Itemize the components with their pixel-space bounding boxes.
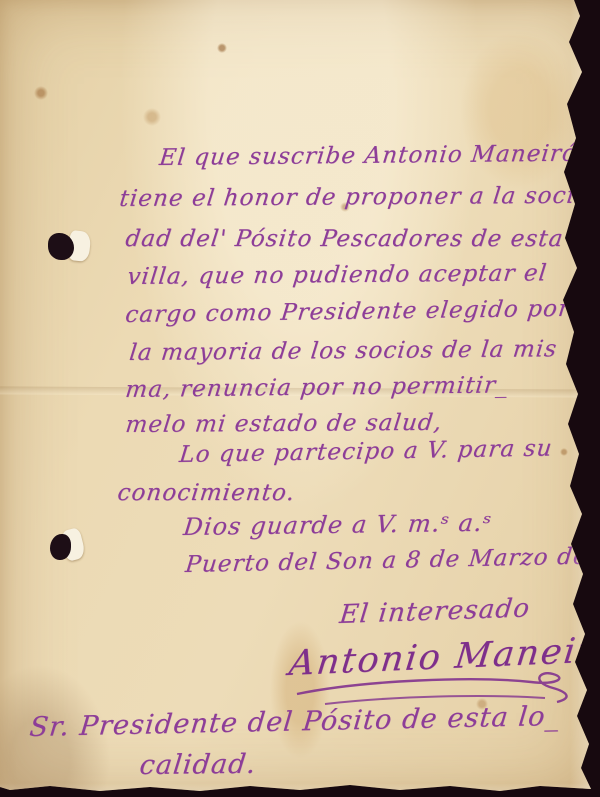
body-line-1: El que suscribe Antonio Maneiró Carou [158, 140, 600, 171]
notice-line-2: conocimiento. [116, 480, 297, 506]
body-line-3: dad del' Pósito Pescadores de esta [124, 226, 565, 252]
body-line-8: melo mi estado de salud, [124, 410, 444, 438]
dateline: Puerto del Son a 8 de Marzo de 1920 [184, 542, 600, 578]
salutation-line: Dios guarde a V. m.ˢ a.ˢ [182, 509, 494, 541]
address-line-2: calidad. [138, 749, 258, 781]
body-line-6: la mayoria de los socios de la mis [128, 336, 559, 366]
notice-line-1: Lo que partecipo a V. para su [178, 436, 554, 468]
punch-hole-bottom [50, 534, 71, 560]
signoff-line: El interesado [338, 593, 532, 630]
body-line-2: tiene el honor de proponer a la socie_ [118, 183, 600, 212]
body-line-4: villa, que no pudiendo aceptar el [126, 260, 549, 290]
punch-hole-top [48, 233, 74, 260]
body-line-5: cargo como Presidente elegido por [124, 296, 572, 328]
scanned-letter: El que suscribe Antonio Maneiró Carou ti… [0, 0, 600, 797]
paper-sheet: El que suscribe Antonio Maneiró Carou ti… [0, 0, 600, 797]
address-line-1: Sr. Presidente del Pósito de esta lo_ [28, 701, 562, 743]
body-line-7: ma, renuncia por no permitir_ [124, 372, 510, 403]
